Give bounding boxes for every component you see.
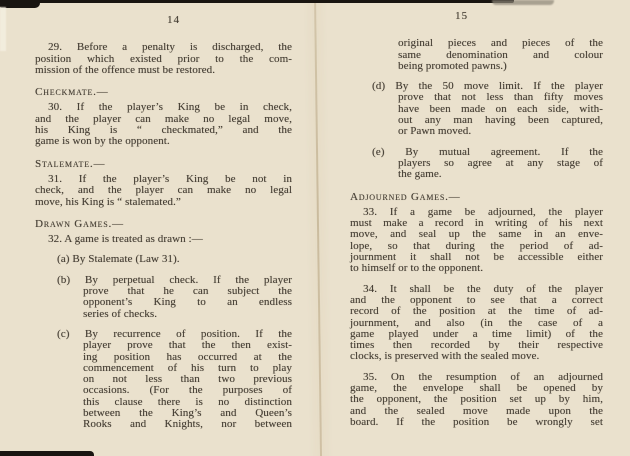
text-line: opponent’s King to an endless	[83, 297, 292, 308]
scan-edge-artifact	[0, 0, 40, 8]
text-line: the opponent, the position set up by him…	[350, 394, 603, 405]
text-line: or Pawn moved.	[398, 126, 603, 137]
paragraph: 29. Before a penalty is discharged, thep…	[35, 42, 292, 76]
text-line: being promoted pawns.)	[398, 61, 603, 72]
text-line: series of checks.	[83, 309, 292, 320]
paragraph: 32. A game is treated as drawn :—	[35, 234, 292, 245]
paragraph: 30. If the player’s King be in check,and…	[35, 102, 292, 147]
text-line: to himself or to the opponent.	[350, 263, 603, 274]
book-scan: 14 29. Before a penalty is discharged, t…	[0, 0, 630, 456]
page-gutter-crease	[314, 0, 322, 456]
text-line: record of the position at the time of ad…	[350, 306, 603, 317]
section-heading: Drawn Games.—	[35, 219, 292, 230]
paragraph: 35. On the resumption of an adjournedgam…	[350, 372, 603, 428]
page-body: 29. Before a penalty is discharged, thep…	[35, 42, 292, 430]
continuation-paragraph: original pieces and pieces of thesame de…	[350, 38, 603, 72]
text-line: player prove that the then exist-	[83, 340, 292, 351]
list-item: (b) By perpetual check. If the playerpro…	[35, 275, 292, 320]
section-heading: Checkmate.—	[35, 87, 292, 98]
paragraph: 33. If a game be adjourned, the playermu…	[350, 207, 603, 275]
text-line: (a) By Stalemate (Law 31).	[57, 254, 292, 265]
page-15: 15 original pieces and pieces of thesame…	[350, 11, 603, 437]
text-line: clocks, is preserved with the sealed mov…	[350, 351, 603, 362]
paragraph: 34. It shall be the duty of the playeran…	[350, 284, 603, 363]
text-line: the game.	[398, 169, 603, 180]
text-line: move, his King is “ stalemated.”	[35, 197, 292, 208]
paragraph: 31. If the player’s King be not incheck,…	[35, 174, 292, 208]
list-item: (c) By recurrence of position. If thepla…	[35, 329, 292, 431]
page-number: 15	[335, 11, 588, 22]
section-heading: Stalemate.—	[35, 159, 292, 170]
text-line: 29. Before a penalty is discharged, the	[35, 42, 292, 53]
text-line: original pieces and pieces of the	[398, 38, 603, 49]
list-item: (e) By mutual agreement. If theplayers s…	[350, 147, 603, 181]
text-line: Rooks and Knights, nor between	[83, 419, 292, 430]
page-number: 14	[45, 15, 302, 26]
scan-edge-artifact	[0, 0, 514, 3]
page-14: 14 29. Before a penalty is discharged, t…	[35, 15, 292, 440]
text-line: check, and the player can make no legal	[35, 185, 292, 196]
scan-edge-artifact	[0, 7, 6, 51]
list-item: (d) By the 50 move limit. If the playerp…	[350, 81, 603, 137]
section-heading: Adjourned Games.—	[350, 192, 603, 203]
page-body: original pieces and pieces of thesame de…	[350, 38, 603, 428]
list-item: (a) By Stalemate (Law 31).	[35, 254, 292, 265]
text-line: 32. A game is treated as drawn :—	[35, 234, 292, 245]
text-line: board. If the position be wrongly set	[350, 417, 603, 428]
scan-edge-artifact	[0, 451, 94, 456]
scan-edge-artifact	[492, 0, 554, 5]
text-line: game is won by the opponent.	[35, 136, 292, 147]
text-line: mission of the offence must be restored.	[35, 65, 292, 76]
